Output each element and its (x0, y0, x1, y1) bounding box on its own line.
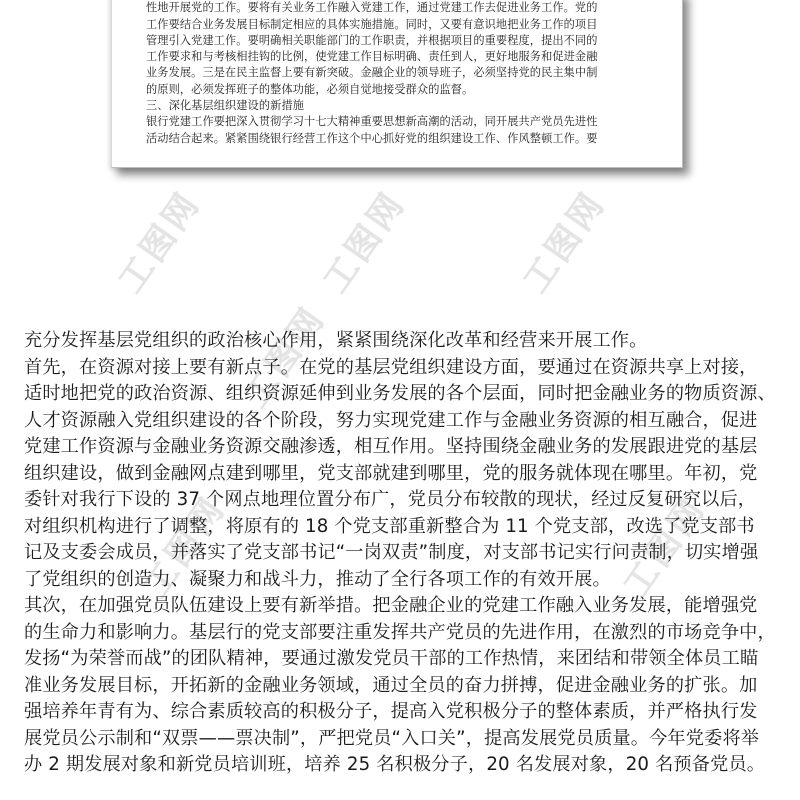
preview-line: 银行党建工作要把深入贯彻学习十七大精神重要思想新高潮的活动，同开展共产党员先进性 (146, 114, 646, 130)
body-line: 充分发挥基层党组织的政治核心作用，紧紧围绕深化改革和经营来开展工作。 (24, 328, 784, 355)
body-line: 党建工作资源与金融业务资源交融渗透，相互作用。坚持围绕金融业务的发展跟进党的基层 (24, 434, 784, 461)
body-line: 委针对我行下设的 37 个网点地理位置分布广，党员分布较散的现状，经过反复研究以… (24, 487, 784, 514)
body-line: 发扬“为荣誉而战”的团队精神，要通过激发党员干部的工作热情，来团结和带领全体员工… (24, 646, 784, 673)
body-line: 对组织机构进行了调整，将原有的 18 个党支部重新整合为 11 个党支部，改选了… (24, 514, 784, 541)
body-line: 首先，在资源对接上要有新点子。在党的基层党组织建设方面，要通过在资源共享上对接， (24, 355, 784, 382)
preview-line: 的原则，必须发挥班子的整体功能，必须自觉地接受群众的监督。 (146, 82, 646, 98)
preview-line: 业务发展。三是在民主监督上要有新突破。金融企业的领导班子，必须坚持党的民主集中制 (146, 65, 646, 81)
preview-line: 性地开展党的工作。要将有关业务工作融入党建工作，通过党建工作去促进业务工作。党的 (146, 0, 646, 16)
document-body: 充分发挥基层党组织的政治核心作用，紧紧围绕深化改革和经营来开展工作。 首先，在资… (24, 328, 784, 779)
body-line: 的生命力和影响力。基层行的党支部要注重发挥共产党员的先进作用，在激烈的市场竞争中… (24, 620, 784, 647)
body-line: 强培养年青有为、综合素质较高的积极分子，提高入党积极分子的整体素质，并严格执行发 (24, 699, 784, 726)
watermark: 工图网 (309, 174, 411, 295)
preview-line: 工作要结合业务发展目标制定相应的具体实施措施。同时，又要有意识地把业务工作的项目 (146, 17, 646, 33)
preview-line: 工作要求和与考核相挂钩的比例，使党建工作目标明确、责任到人，更好地服务和促进金融 (146, 49, 646, 65)
preview-line: 管理引入党建工作。要明确相关职能部门的工作职责，并根据项目的重要程度，提出不同的 (146, 33, 646, 49)
preview-line: 活动结合起来。紧紧围绕银行经营工作这个中心抓好党的组织建设工作、作风整顿工作。要 (146, 131, 646, 147)
body-line: 准业务发展目标，开拓新的金融业务领域，通过全员的奋力拼搏，促进金融业务的扩张。加 (24, 673, 784, 700)
body-line: 办 2 期发展对象和新党员培训班，培养 25 名积极分子，20 名发展对象，20… (24, 752, 784, 779)
body-line: 组织建设，做到金融网点建到哪里，党支部就建到哪里，党的服务就体现在哪里。年初，党 (24, 461, 784, 488)
body-line: 人才资源融入党组织建设的各个阶段，努力实现党建工作与金融业务资源的相互融合，促进 (24, 408, 784, 435)
preview-text-block: 一项基础性的管理工作，而且是一项高层次的管理活动。要紧紧围绕金融改革和发展，创造… (146, 0, 646, 147)
watermark: 工图网 (509, 174, 611, 295)
watermark: 工图网 (104, 174, 206, 295)
body-line: 适时地把党的政治资源、组织资源延伸到业务发展的各个层面，同时把金融业务的物质资源… (24, 381, 784, 408)
document-preview-card: 一项基础性的管理工作，而且是一项高层次的管理活动。要紧紧围绕金融改革和发展，创造… (111, 0, 683, 168)
body-line: 其次，在加强党员队伍建设上要有新举措。把金融企业的党建工作融入业务发展，能增强党 (24, 593, 784, 620)
body-line: 了党组织的创造力、凝聚力和战斗力，推动了全行各项工作的有效开展。 (24, 567, 784, 594)
body-line: 展党员公示制和“双票——票决制”，严把党员“入口关”，提高发展党员质量。今年党委… (24, 726, 784, 753)
body-line: 记及支委会成员，并落实了党支部书记“一岗双责”制度，对支部书记实行问责制，切实增… (24, 540, 784, 567)
preview-section-heading: 三、深化基层组织建设的新措施 (146, 98, 646, 114)
